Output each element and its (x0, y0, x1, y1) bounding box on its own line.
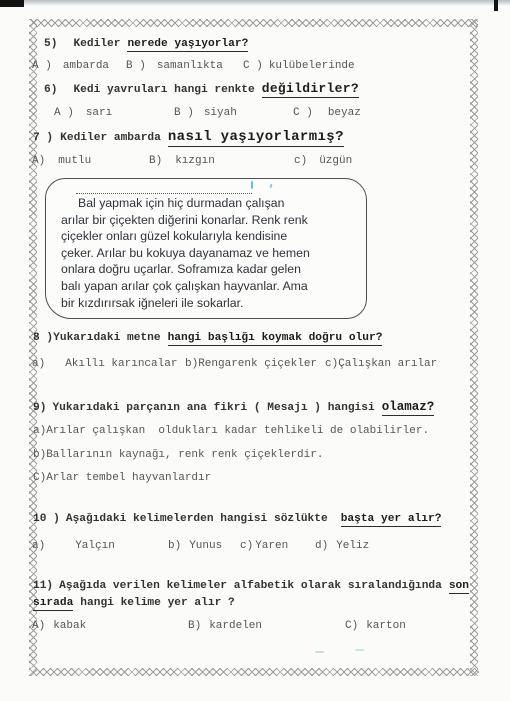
question-11-option-c: C)karton (345, 620, 406, 632)
question-9-option-c: C)Arlar tembel hayvanlardır (33, 472, 211, 484)
question-5-option-a: A )ambarda (32, 60, 109, 72)
question-11-number: 11) (33, 580, 53, 592)
question-10-number: 10 ) (33, 513, 60, 525)
passage-line: arılar bir çiçekten diğerini konarlar. R… (61, 212, 357, 229)
question-7-emphasis: nasıl yaşıyorlarmış? (168, 129, 344, 147)
question-5-option-c: C )kulübelerinde (243, 60, 355, 72)
title-blank-dotted-line (76, 187, 252, 194)
question-10-text: Aşağıdaki kelimelerden hangisi sözlükte (66, 513, 328, 525)
worksheet-page: 5)Kedilernerede yaşıyorlar? A )ambarda B… (0, 0, 510, 701)
question-10-option-d: d)Yeliz (315, 540, 369, 552)
question-7-option-c: c)üzgün (294, 155, 352, 167)
question-11-text: Aşağıda verilen kelimeler alfabetik olar… (59, 580, 442, 592)
question-8-emphasis: hangi başlığı koymak doğru olur? (168, 332, 383, 346)
question-11-option-a: A)kabak (32, 620, 86, 632)
question-11-options: A)kabak B)kardelen C)karton (0, 620, 510, 636)
question-6-options: A )sarı B )siyah C )beyaz (0, 107, 510, 123)
question-8-option-c: c)Çalışkan arılar (325, 358, 437, 370)
question-6-emphasis: değildirler? (262, 81, 359, 98)
question-8-text: Yukarıdaki metne (53, 332, 160, 344)
scan-shadow (0, 0, 510, 6)
passage-text: Bal yapmak için hiç durmadan çalışan arı… (61, 195, 357, 311)
question-9-emphasis: olamaz? (382, 400, 435, 416)
question-9-text: Yukarıdaki parçanın ana fikri ( Mesajı )… (52, 402, 374, 414)
question-9-number: 9) (33, 402, 46, 414)
border-top (30, 19, 478, 27)
question-10-option-c: c)Yaren (240, 540, 288, 552)
question-10-option-a: a)Yalçın (32, 540, 115, 552)
question-11-title-line2: sıradahangi kelime yer alır ? (33, 597, 235, 609)
pen-mark (355, 649, 364, 651)
question-6-option-c: C )beyaz (293, 107, 361, 119)
question-8-options: a)Akıllı karıncalar b)Rengarenk çiçekler… (0, 358, 510, 374)
question-7-title: 7 )Kediler ambardanasıl yaşıyorlarmış? (33, 129, 344, 145)
question-6-option-b: B )siyah (174, 107, 237, 119)
question-10-option-b: b)Yunus (168, 540, 222, 552)
question-7-options: A)mutlu B)kızgın c)üzgün (0, 155, 510, 171)
question-11-title-line1: 11)Aşağıda verilen kelimeler alfabetik o… (33, 580, 469, 592)
scan-artifact-tick (494, 0, 498, 11)
question-10-options: a)Yalçın b)Yunus c)Yaren d)Yeliz (0, 540, 510, 556)
passage-line: çiçekler onları güzel kokularıyla kendis… (61, 228, 357, 245)
question-5-option-b: B )samanlıkta (126, 60, 223, 72)
question-6-number: 6) (44, 84, 57, 96)
question-11-emphasis-sirada: sırada (33, 597, 73, 611)
question-10-title: 10 )Aşağıdaki kelimelerden hangisi sözlü… (33, 513, 441, 525)
question-9-option-a: a)Arılar çalışkan oldukları kadar tehlik… (33, 425, 429, 437)
question-8-option-a: a)Akıllı karıncalar (32, 358, 177, 370)
question-8-option-b: b)Rengarenk çiçekler (185, 358, 317, 370)
passage-line: çeker. Arılar bu kokuya dayanamaz ve hem… (61, 245, 357, 262)
question-6-title: 6)Kedi yavruları hangi renktedeğildirler… (44, 81, 359, 96)
pen-mark (251, 181, 253, 189)
question-9-option-b: b)Ballarının kaynağı, renk renk çiçekler… (33, 449, 323, 461)
pen-mark (315, 651, 324, 653)
question-11-text-2: hangi kelime yer alır ? (80, 597, 234, 609)
passage-line: bir kızdırırsak iğneleri ile sokarlar. (61, 295, 357, 312)
question-7-text: Kediler ambarda (60, 132, 161, 144)
question-9-title: 9)Yukarıdaki parçanın ana fikri ( Mesajı… (33, 400, 434, 414)
passage-line: balı yapan arılar çok çalışkan hayvanlar… (61, 278, 357, 295)
question-7-option-a: A)mutlu (32, 155, 91, 167)
question-8-number: 8 ) (33, 332, 53, 344)
question-6-option-a: A )sarı (54, 107, 112, 119)
reading-passage-box: Bal yapmak için hiç durmadan çalışan arı… (45, 178, 367, 319)
passage-line: onlara doğru uçarlar. Soframıza kadar ge… (61, 261, 357, 278)
question-11-option-b: B)kardelen (188, 620, 262, 632)
scan-artifact-bar (0, 0, 24, 7)
question-6-text: Kedi yavruları hangi renkte (73, 84, 254, 96)
question-5-options: A )ambarda B )samanlıkta C )kulübelerind… (0, 60, 510, 76)
question-8-title: 8 )Yukarıdaki metnehangi başlığı koymak … (33, 332, 382, 344)
question-5-emphasis: nerede yaşıyorlar? (127, 38, 248, 52)
question-5-text: Kediler (73, 38, 120, 50)
passage-line: Bal yapmak için hiç durmadan çalışan (61, 195, 357, 212)
question-7-number: 7 ) (33, 132, 53, 144)
question-7-option-b: B)kızgın (149, 155, 215, 167)
border-bottom (29, 668, 479, 676)
question-11-emphasis-son: son (449, 580, 469, 594)
question-5-title: 5)Kedilernerede yaşıyorlar? (44, 38, 248, 50)
question-10-emphasis: başta yer alır? (341, 513, 442, 527)
question-5-number: 5) (44, 38, 57, 50)
